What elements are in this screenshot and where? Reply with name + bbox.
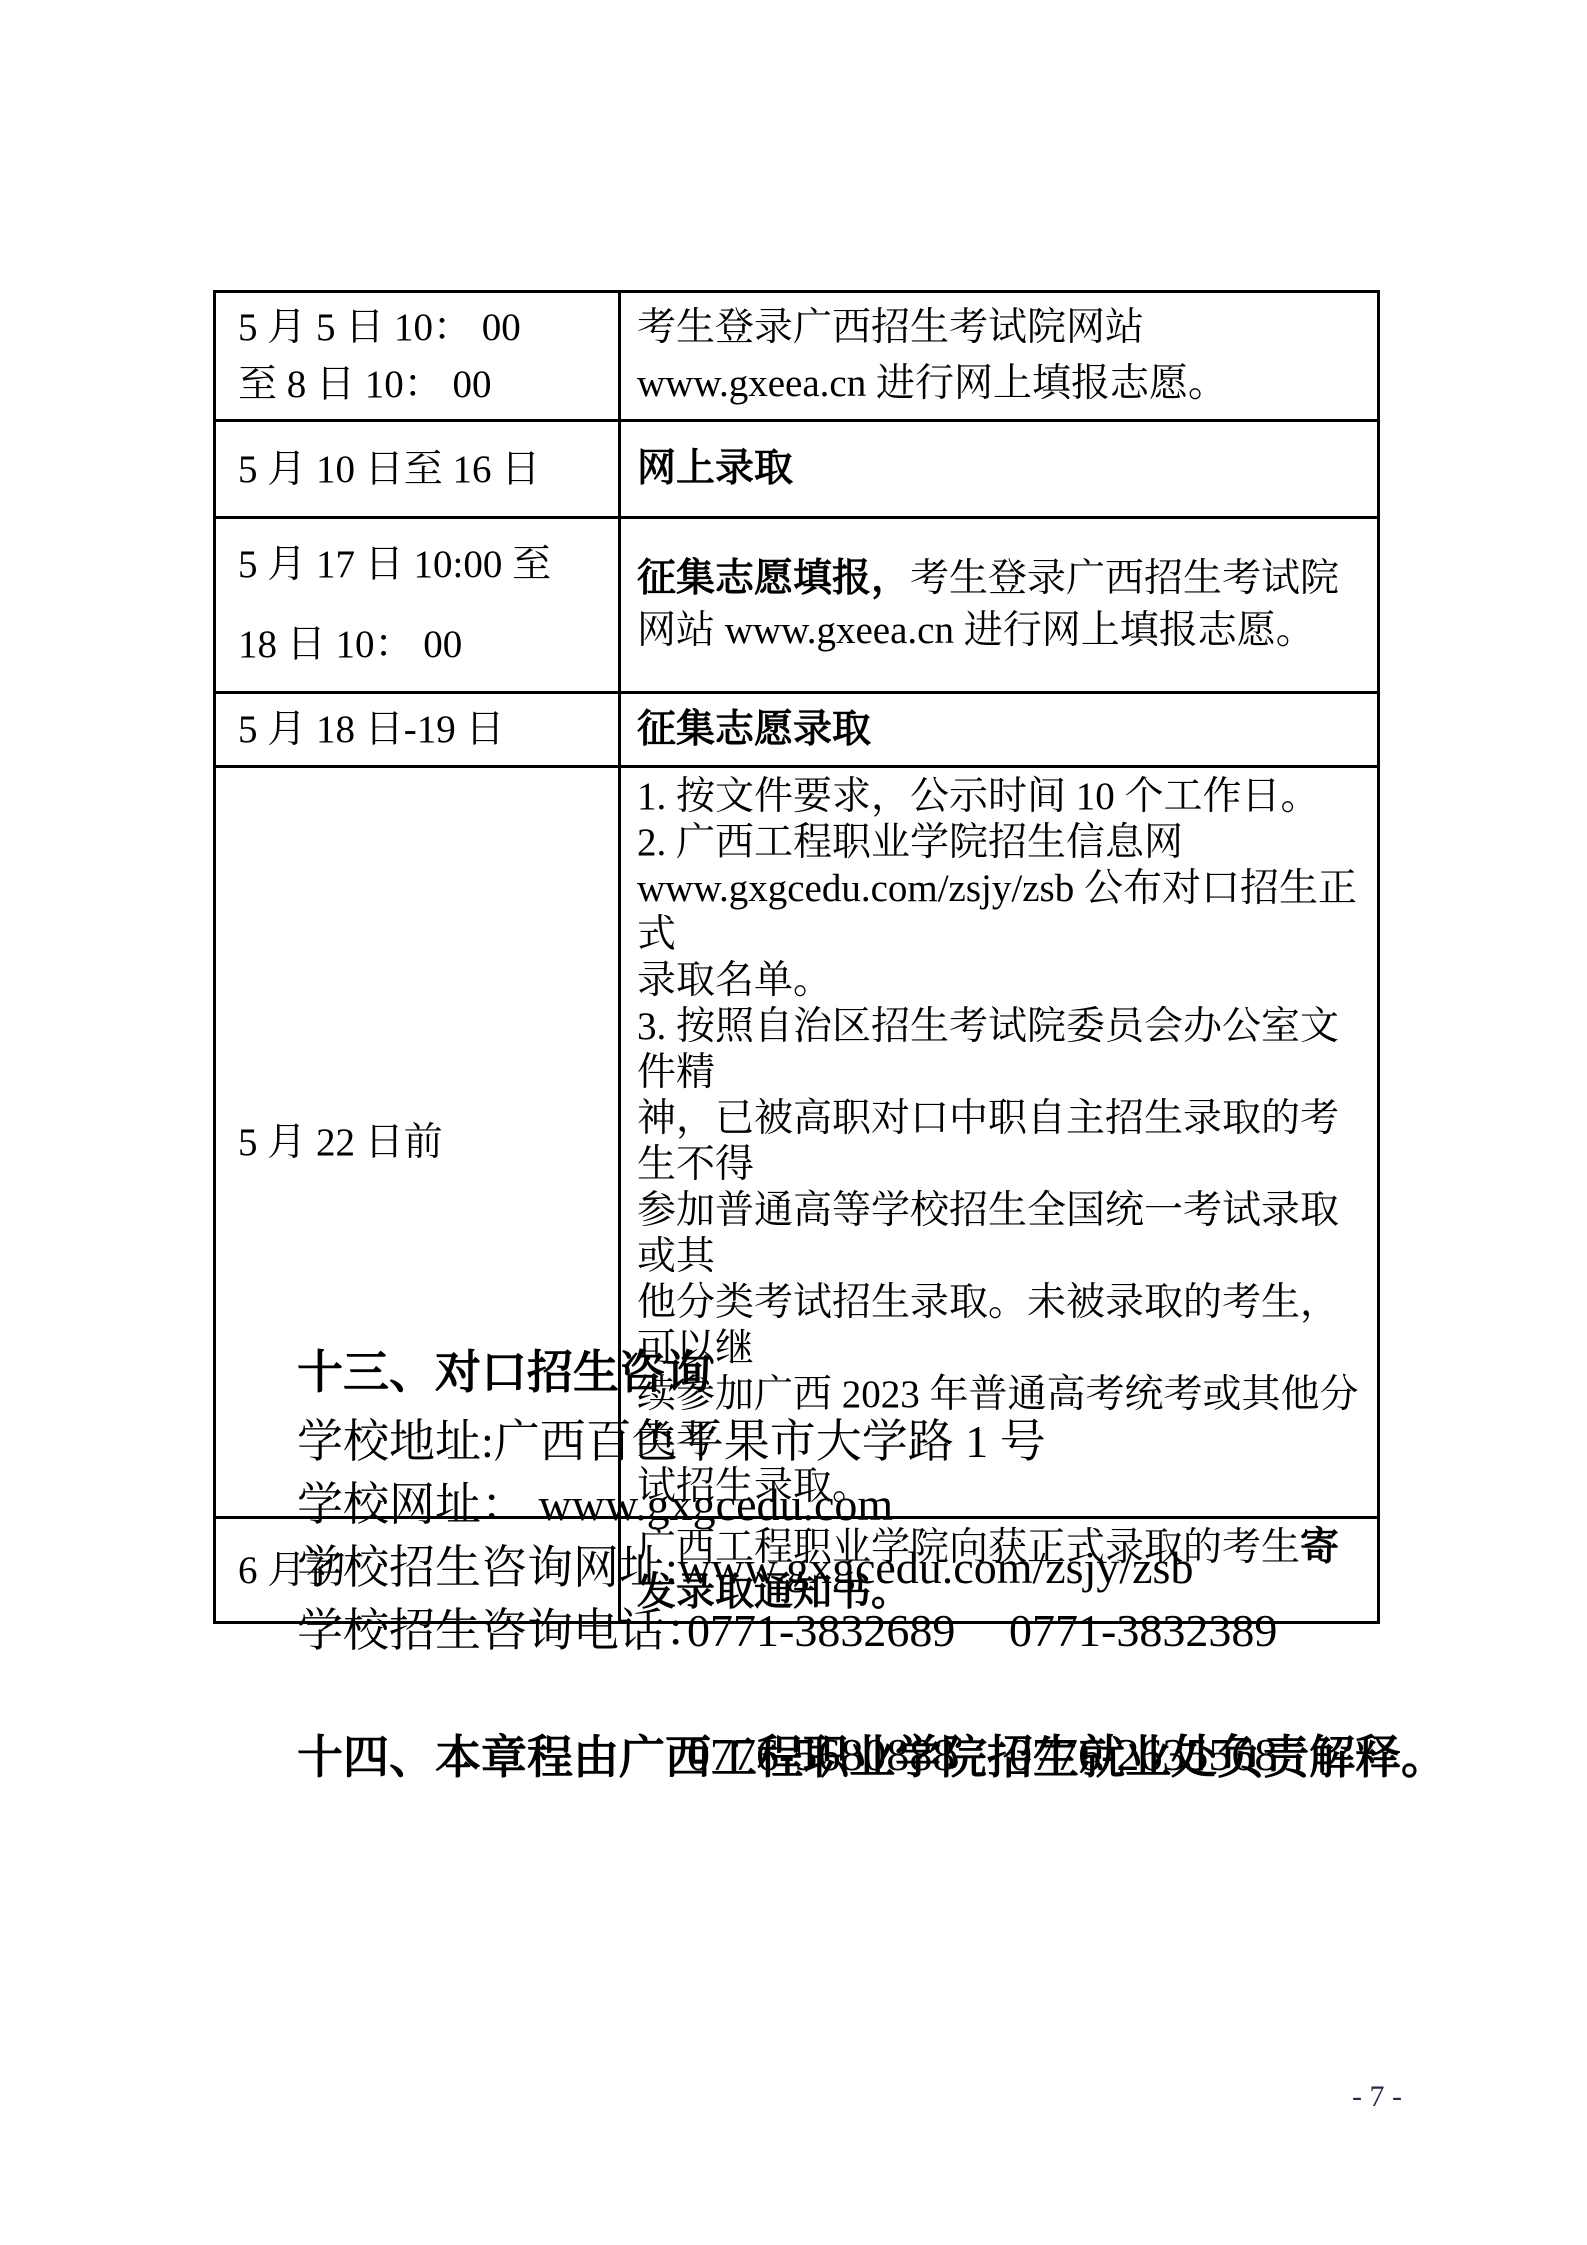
schedule-desc-cell: 1. 按文件要求，公示时间 10 个工作日。 2. 广西工程职业学院招生信息网 … [620, 767, 1379, 1518]
phone-label: 学校招生咨询电话： [297, 1605, 711, 1656]
table-row: 5 月 22 日前 1. 按文件要求，公示时间 10 个工作日。 2. 广西工程… [215, 767, 1379, 1518]
schedule-time-cell: 5 月 18 日-19 日 [215, 693, 620, 767]
section-13-heading: 十三、对口招生咨询 [297, 1342, 711, 1402]
schedule-desc-cell: 考生登录广西招生考试院网站 www.gxeea.cn 进行网上填报志愿。 [620, 292, 1379, 421]
table-row: 5 月 18 日-19 日 征集志愿录取 [215, 693, 1379, 767]
table-row: 5 月 17 日 10:00 至 18 日 10： 00 征集志愿填报，考生登录… [215, 518, 1379, 693]
table-row: 5 月 5 日 10： 00 至 8 日 10： 00 考生登录广西招生考试院网… [215, 292, 1379, 421]
school-website-line: 学校网址： www.gxgcedu.com [297, 1475, 893, 1535]
schedule-time: 5 月 10 日至 16 日 [238, 448, 540, 491]
schedule-desc-cell: 网上录取 [620, 421, 1379, 518]
schedule-desc: 网上录取 [637, 447, 793, 490]
schedule-time-cell: 5 月 5 日 10： 00 至 8 日 10： 00 [215, 292, 620, 421]
section-14-heading: 十四、本章程由广西工程职业学院招生就业处负责解释。 [297, 1727, 1447, 1787]
table-row: 5 月 10 日至 16 日 网上录取 [215, 421, 1379, 518]
schedule-time-cell: 5 月 17 日 10:00 至 18 日 10： 00 [215, 518, 620, 693]
schedule-desc: 考生登录广西招生考试院网站 www.gxeea.cn 进行网上填报志愿。 [637, 306, 1227, 405]
schedule-desc: 1. 按文件要求，公示时间 10 个工作日。 2. 广西工程职业学院招生信息网 … [637, 775, 1359, 1508]
schedule-desc-bold: 征集志愿填报， [637, 557, 910, 600]
page-number: - 7 - [1322, 2080, 1432, 2114]
document-page: 5 月 5 日 10： 00 至 8 日 10： 00 考生登录广西招生考试院网… [0, 0, 1587, 2245]
schedule-desc: 征集志愿录取 [637, 708, 871, 751]
schedule-time-cell: 5 月 10 日至 16 日 [215, 421, 620, 518]
schedule-time: 5 月 18 日-19 日 [238, 708, 505, 751]
school-address-line: 学校地址:广西百色平果市大学路 1 号 [297, 1412, 1046, 1472]
schedule-time: 5 月 22 日前 [238, 1121, 443, 1164]
schedule-time: 5 月 5 日 10： 00 至 8 日 10： 00 [238, 306, 521, 406]
phone-number-2: 0771-3832389 [1009, 1601, 1277, 1661]
schedule-desc-cell: 征集志愿填报，考生登录广西招生考试院网站 www.gxeea.cn 进行网上填报… [620, 518, 1379, 693]
schedule-time-cell: 5 月 22 日前 [215, 767, 620, 1518]
schedule-time: 5 月 17 日 10:00 至 18 日 10： 00 [238, 543, 551, 666]
admission-website-line: 学校招生咨询网址:www.gxgcedu.com/zsjy/zsb [297, 1538, 1193, 1598]
schedule-desc-cell: 征集志愿录取 [620, 693, 1379, 767]
phone-line-1: 学校招生咨询电话： 0771-3832689 0771-3832389 [297, 1601, 1497, 1661]
phone-number-1: 0771-3832689 [687, 1601, 955, 1661]
